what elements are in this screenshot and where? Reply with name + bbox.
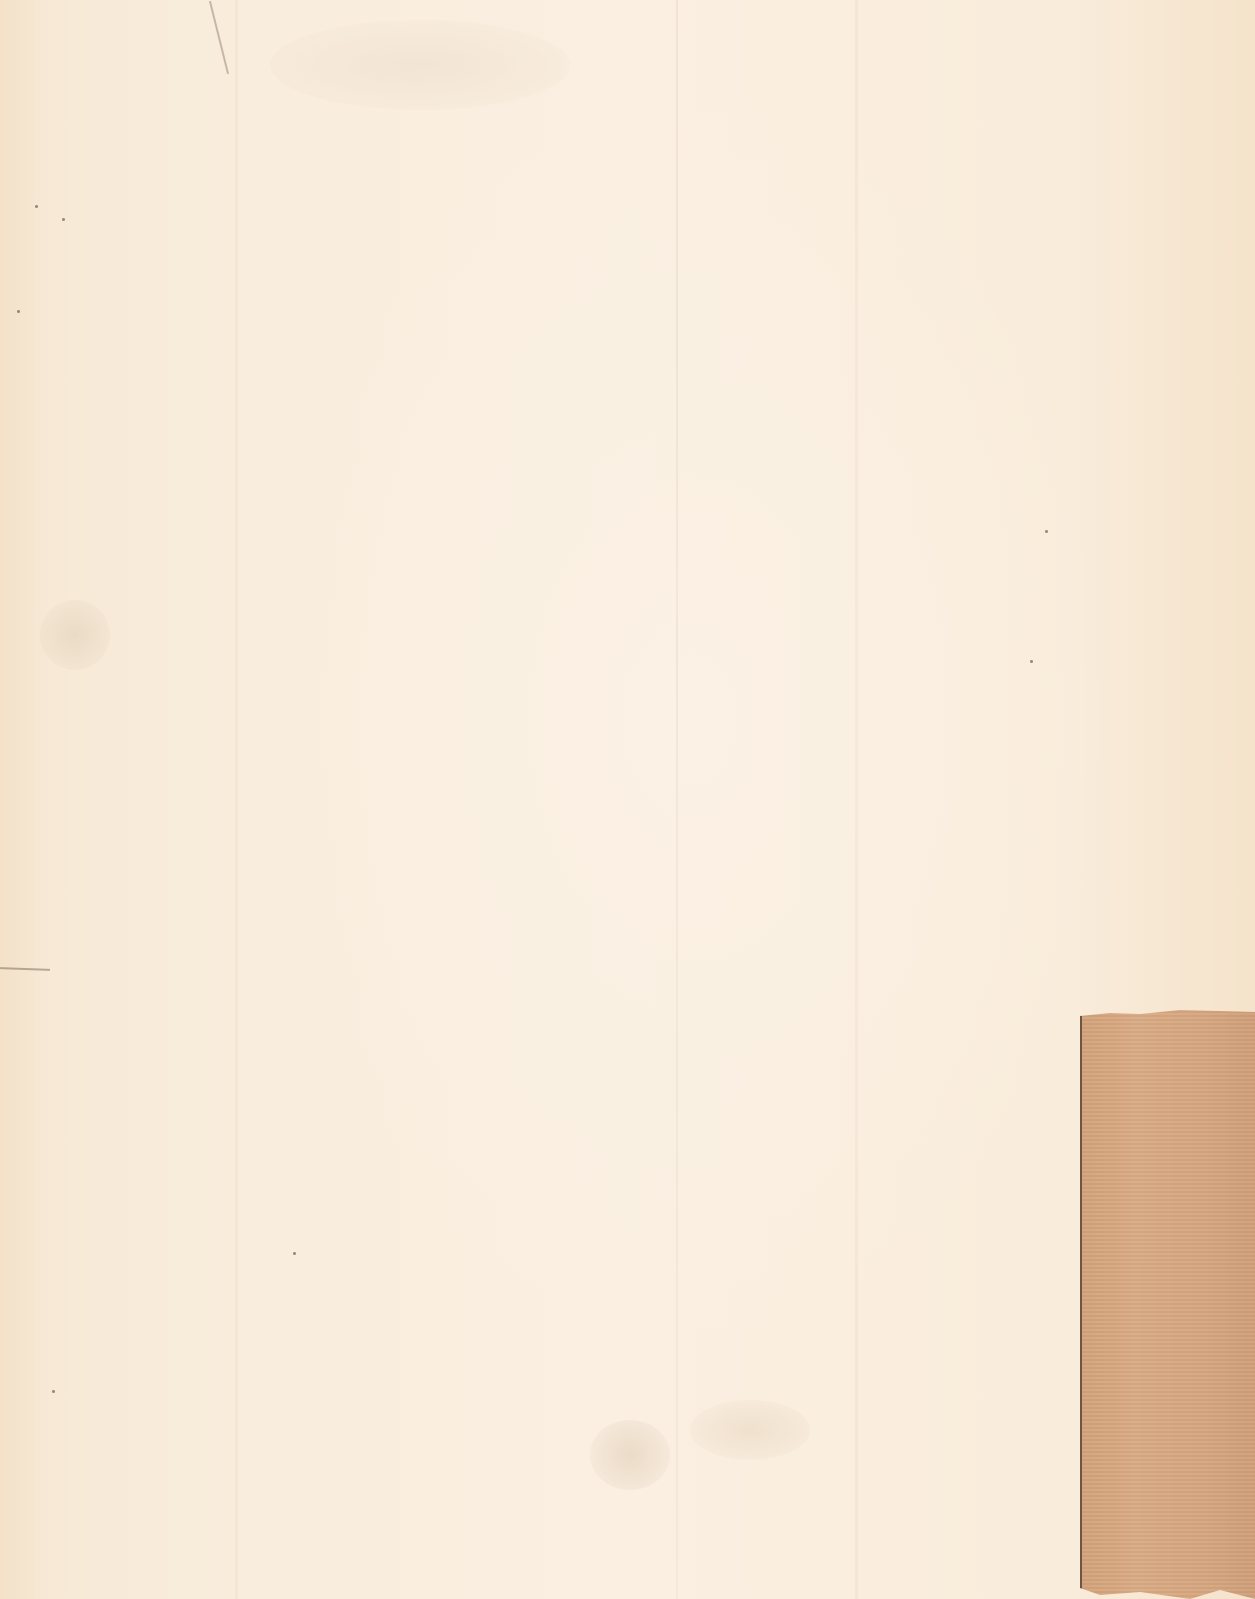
fold-line-right xyxy=(855,0,858,1599)
crease-top-left xyxy=(209,1,229,74)
speck xyxy=(1030,660,1033,663)
speck xyxy=(17,310,20,313)
tape-texture xyxy=(1082,1010,1255,1599)
stain-bottom-smudge xyxy=(690,1400,810,1460)
tape-strip xyxy=(1080,1010,1255,1599)
paper-sheet xyxy=(0,0,1255,1599)
edge-tear-left xyxy=(0,967,50,971)
fold-line-center xyxy=(676,0,678,1599)
speck xyxy=(1045,530,1048,533)
speck xyxy=(293,1252,296,1255)
speck xyxy=(52,1390,55,1393)
speck xyxy=(35,205,38,208)
fold-line-left xyxy=(235,0,238,1599)
stain-left xyxy=(40,600,110,670)
stain-top xyxy=(270,20,570,110)
speck xyxy=(62,218,65,221)
stain-bottom-center xyxy=(590,1420,670,1490)
